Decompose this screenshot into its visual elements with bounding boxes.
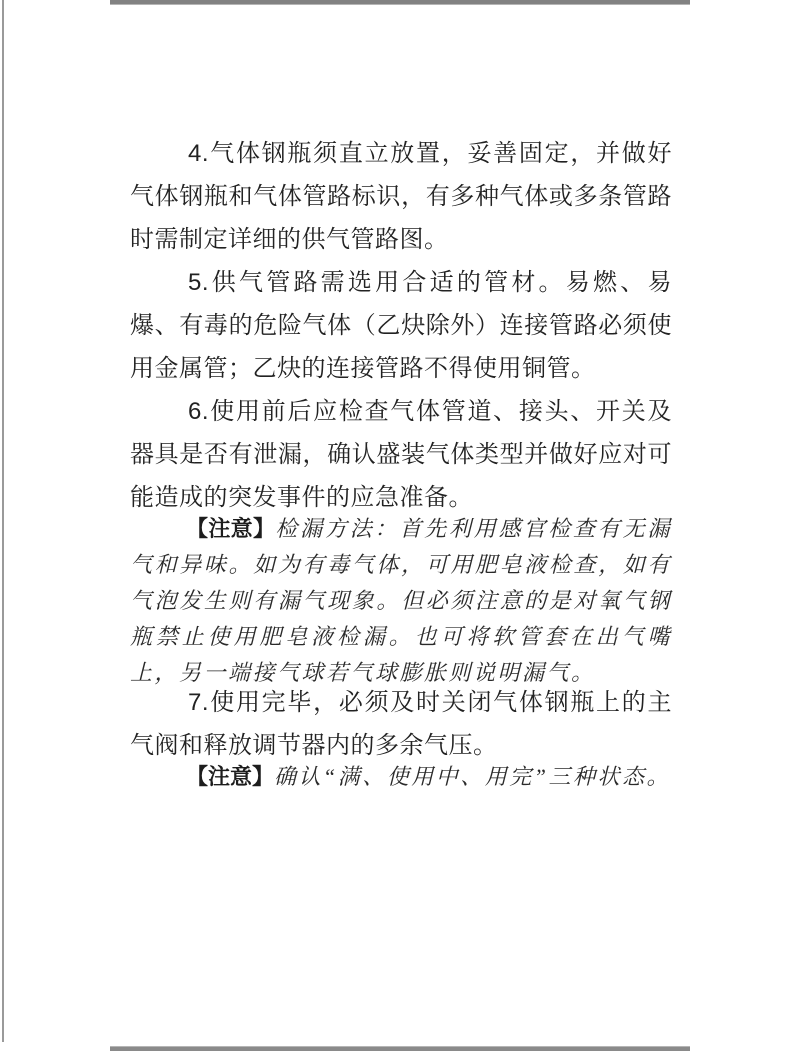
page-top-edge-line (110, 0, 690, 5)
page-bottom-edge-line (110, 1046, 690, 1051)
paragraph-item-7: 7.使用完毕，必须及时关闭气体钢瓶上的主气阀和释放调节器内的多余气压。 (130, 681, 672, 767)
note-text: 检漏方法：首先利用感官检查有无漏气和异味。如为有毒气体，可用肥皂液检查，如有气泡… (130, 516, 672, 685)
page-left-edge-line (2, 0, 4, 1042)
note-text: 确认“满、使用中、用完”三种状态。 (274, 764, 671, 789)
document-page: 4.气体钢瓶须直立放置，妥善固定，并做好气体钢瓶和气体管路标识，有多种气体或多条… (0, 0, 800, 1054)
paragraph-item-6: 6.使用前后应检查气体管道、接头、开关及器具是否有泄漏，确认盛装气体类型并做好应… (130, 390, 672, 519)
paragraph-item-4: 4.气体钢瓶须直立放置，妥善固定，并做好气体钢瓶和气体管路标识，有多种气体或多条… (130, 132, 672, 261)
note-label: 【注意】 (186, 764, 274, 789)
paragraph-item-5: 5.供气管路需选用合适的管材。易燃、易爆、有毒的危险气体（乙炔除外）连接管路必须… (130, 261, 672, 390)
page-text-block: 4.气体钢瓶须直立放置，妥善固定，并做好气体钢瓶和气体管路标识，有多种气体或多条… (130, 132, 672, 795)
note-label: 【注意】 (186, 516, 275, 541)
note-paragraph-status: 【注意】确认“满、使用中、用完”三种状态。 (130, 759, 672, 795)
note-paragraph-leak-check: 【注意】检漏方法：首先利用感官检查有无漏气和异味。如为有毒气体，可用肥皂液检查，… (130, 511, 672, 691)
